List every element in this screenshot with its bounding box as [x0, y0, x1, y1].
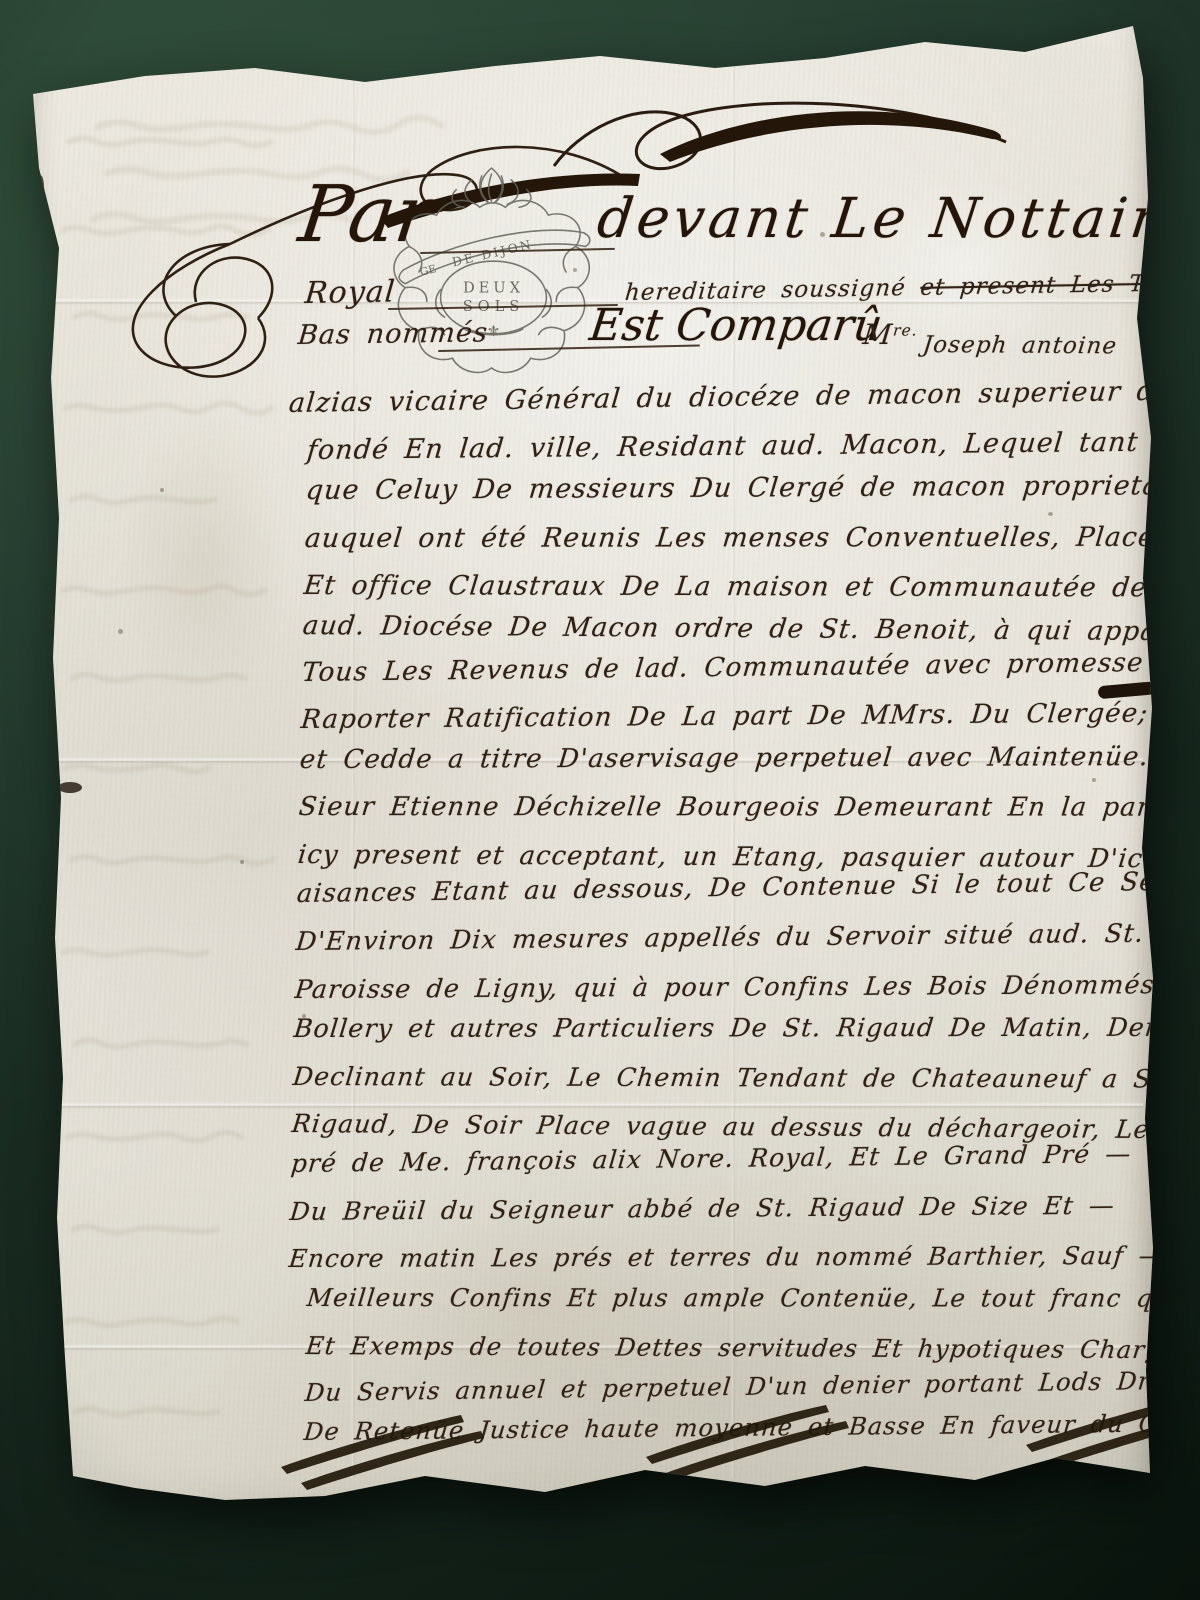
paper-speck — [1092, 778, 1096, 782]
bottom-slash-marks — [275, 1403, 1175, 1503]
manuscript-line-7: Tous Les Revenus de lad. Communautée ave… — [301, 646, 1200, 687]
paper-shadow-wrapper: GE DE DIJON DEUX SOLS ⚜ Par devant Le No… — [0, 0, 1200, 1600]
manuscript-line-23: Du Servis annuel et perpetuel D'un denie… — [304, 1366, 1188, 1407]
opening-royal: Royal — [303, 274, 397, 311]
manuscript-line-19: Du Breüil du Seigneur abbé de St. Rigaud… — [289, 1190, 1117, 1225]
heading-devant-le-nottaire: devant Le Nottaire — [594, 186, 1200, 250]
opening-name: Joseph antoine — [922, 332, 1119, 359]
ink-blot-right-edge — [1098, 680, 1174, 699]
manuscript-line-4: auquel ont été Reunis Les menses Convent… — [303, 521, 1200, 553]
fold-crease — [33, 1102, 1143, 1109]
stamp-value-line1: DEUX — [463, 280, 524, 297]
manuscript-line-9: et Cedde a titre D'aservisage perpetuel … — [298, 741, 1185, 774]
manuscript-line-21: Meilleurs Confins Et plus ample Contenüe… — [305, 1283, 1200, 1313]
manuscript-line-13: D'Environ Dix mesures appellés du Servoi… — [295, 917, 1200, 957]
heading-word-par: Par — [294, 170, 438, 260]
manuscript-line-10: Sieur Etienne Déchizelle Bourgeois Demeu… — [297, 792, 1200, 823]
manuscript-line-8: Raporter Ratification De La part De MMrs… — [300, 697, 1200, 734]
manuscript-line-6: aud. Diocése De Macon ordre de St. Benoi… — [301, 610, 1200, 648]
paper-speck — [160, 488, 164, 492]
ink-blot-left-margin — [58, 782, 82, 793]
opening-struck-phrase: et present Les Temoins - — [919, 269, 1200, 301]
paper-speck — [118, 629, 123, 634]
manuscript-line-16: Declinant au Soir, Le Chemin Tendant de … — [291, 1062, 1173, 1093]
manuscript-page: GE DE DIJON DEUX SOLS ⚜ Par devant Le No… — [25, 18, 1153, 1518]
slash-group-center — [646, 1405, 849, 1480]
manuscript-line-5: Et office Claustraux De La maison et Com… — [302, 570, 1200, 604]
slash-group-right — [1026, 1393, 1200, 1468]
manuscript-line-17: Rigaud, De Soir Place vague au dessus du… — [290, 1109, 1151, 1144]
photograph-of-manuscript: GE DE DIJON DEUX SOLS ⚜ Par devant Le No… — [0, 0, 1200, 1600]
manuscript-line-22: Et Exemps de toutes Dettes servitudes Et… — [304, 1331, 1200, 1365]
slash-group-left — [281, 1415, 484, 1490]
stamp-banner-text: DE DIJON — [451, 237, 535, 269]
paper-speck — [1048, 512, 1053, 516]
paper-speck — [240, 860, 244, 864]
manuscript-line-3: que Celuy De messieurs Du Clergé de maco… — [304, 469, 1200, 506]
manuscript-line-20: Encore matin Les prés et terres du nommé… — [288, 1240, 1167, 1272]
manuscript-line-18: pré de Me. françois alix Nore. Royal, Et… — [290, 1139, 1133, 1178]
manuscript-line-2: fondé En lad. ville, Residant aud. Macon… — [306, 425, 1200, 467]
opening-est-comparu: Est Comparû — [587, 300, 885, 351]
manuscript-line-12: aisances Etant au dessous, De Contenue S… — [296, 866, 1200, 909]
stamp-banner-left-text: GE — [419, 262, 438, 279]
manuscript-line-14: Paroisse de Ligny, qui à pour Confins Le… — [294, 969, 1200, 1005]
manuscript-line-15: Bollery et autres Particuliers De St. Ri… — [292, 1013, 1200, 1043]
opening-bas-nommes: Bas nommés — [297, 317, 490, 351]
stamp-plume — [452, 168, 531, 207]
ink-mark-left-edge — [27, 174, 47, 233]
opening-title-abbrev: Mre. — [861, 318, 919, 351]
